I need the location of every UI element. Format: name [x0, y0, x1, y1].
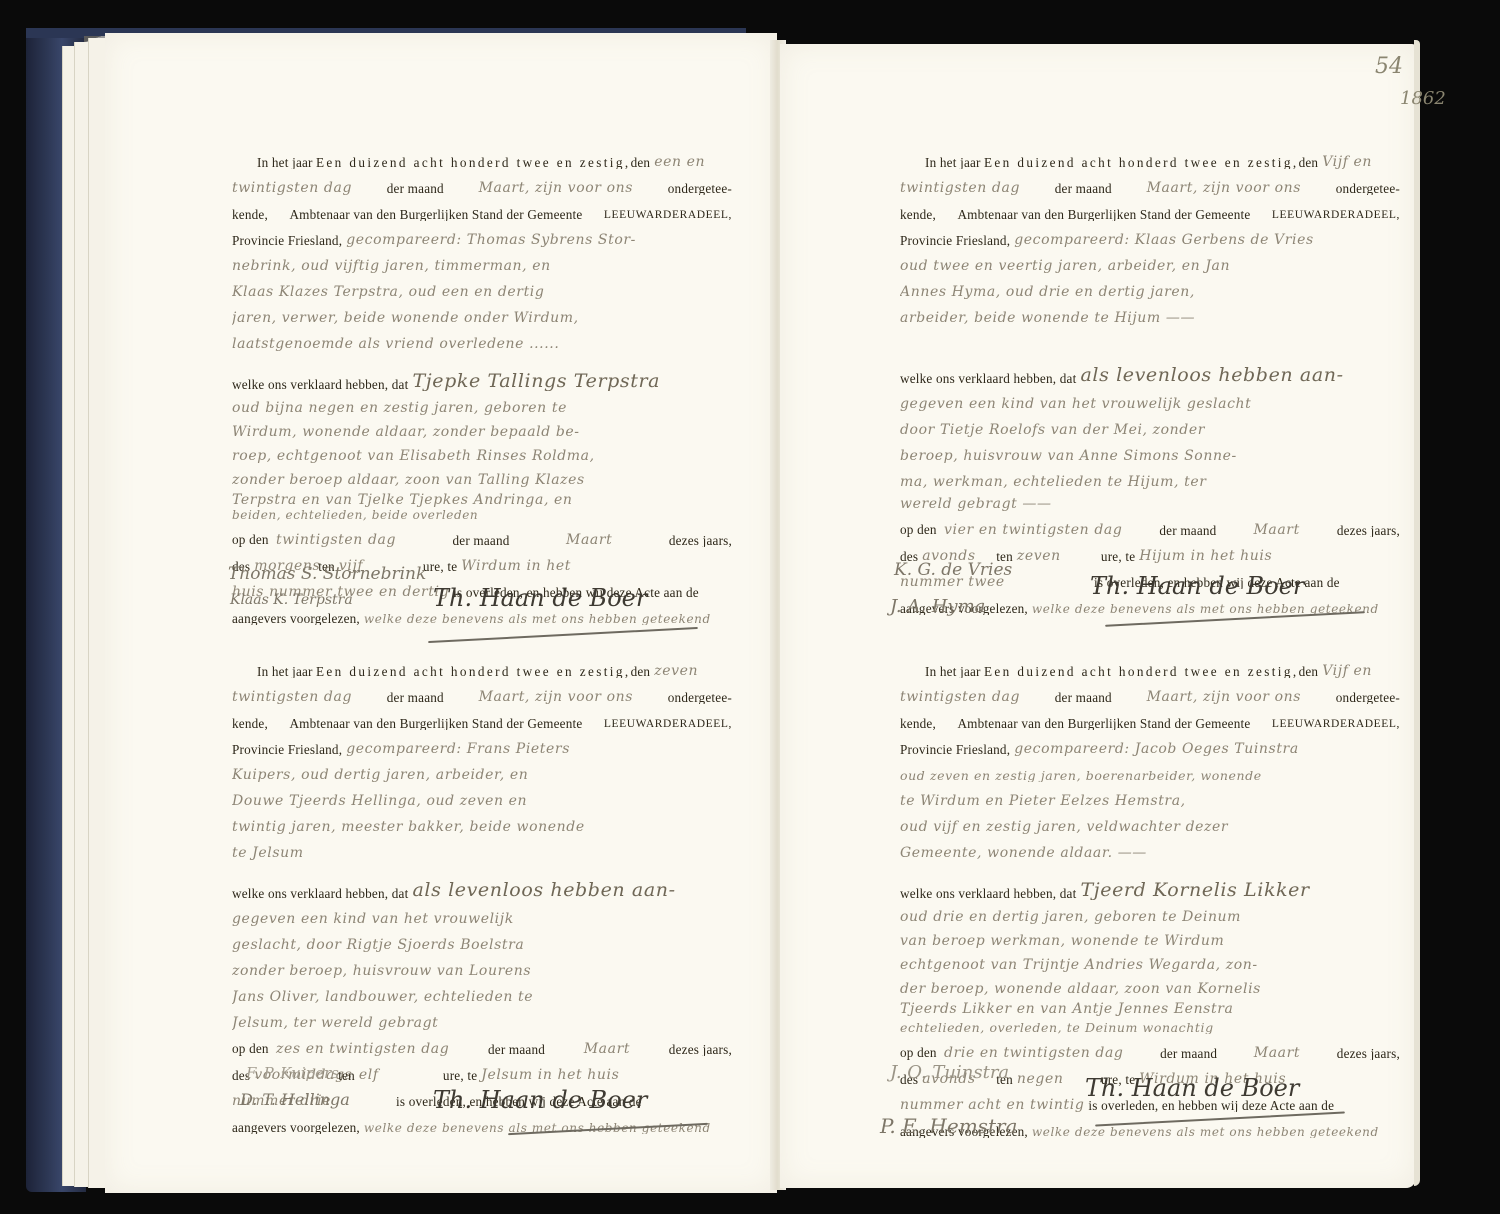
printed-text: ondergetee-	[1336, 182, 1400, 195]
printed-text: welke ons verklaard hebben, dat	[232, 378, 408, 391]
handwritten-comparants: Gemeente, wonende aldaar. ——	[900, 846, 1147, 860]
printed-text: der maand	[452, 534, 509, 547]
printed-text: der maand	[1160, 1047, 1217, 1060]
signature-witness: F. P. Kuipers	[246, 1064, 339, 1082]
death-record-act: In het jaar Een duizend acht honderd twe…	[900, 143, 1400, 615]
handwritten-date: Vijf en	[1322, 155, 1372, 169]
handwritten-comparants: gecompareerd: Thomas Sybrens Stor-	[346, 233, 636, 247]
handwritten-details: Wirdum, wonende aldaar, zonder bepaald b…	[232, 425, 580, 439]
handwritten-comparants: oud twee en veertig jaren, arbeider, en …	[900, 259, 1230, 273]
handwritten-details: roep, echtgenoot van Elisabeth Rinses Ro…	[232, 449, 595, 463]
printed-text: kende,	[232, 208, 268, 221]
handwritten-details: Jans Oliver, landbouwer, echtelieden te	[232, 990, 533, 1004]
handwritten-comparants: twintig jaren, meester bakker, beide won…	[232, 820, 585, 834]
folio-number: 54	[1375, 54, 1403, 79]
printed-text: dezes jaars,	[669, 534, 732, 547]
handwritten-comparants: gecompareerd: Klaas Gerbens de Vries	[1014, 233, 1314, 247]
handwritten-death-day: vier en twintigsten dag	[944, 522, 1122, 537]
municipality: LEEUWARDERADEEL,	[604, 719, 732, 731]
printed-text: der maand	[1055, 691, 1112, 704]
printed-text: den	[631, 156, 651, 169]
handwritten-death-month: Maart	[566, 533, 612, 547]
signature-witness: D. T. Hellinga	[240, 1090, 350, 1109]
handwritten-comparants: Annes Hyma, oud drie en dertig jaren,	[900, 285, 1195, 299]
handwritten-date: twintigsten dag	[232, 181, 352, 195]
printed-text: Provincie Friesland,	[232, 743, 342, 756]
signature-witness: Thomas S. Stornebrink	[228, 564, 426, 584]
printed-text: welke ons verklaard hebben, dat	[900, 372, 1076, 385]
signature-witness: Klaas K. Terpstra	[230, 592, 353, 608]
handwritten-month: Maart, zijn voor ons	[1147, 690, 1301, 704]
handwritten-comparants: arbeider, beide wonende te Hijum ——	[900, 311, 1195, 325]
signature-witness: J. A. Hyma	[890, 596, 985, 617]
printed-text: der maand	[1055, 182, 1112, 195]
printed-text: op den	[900, 522, 937, 537]
printed-text: dezes jaars,	[1337, 1047, 1400, 1060]
signature-official: Th. Haan de Boer	[433, 1086, 647, 1114]
printed-year: Een duizend acht honderd twee en zestig,	[984, 156, 1299, 169]
handwritten-details: echtelieden, overleden, te Deinum wonach…	[900, 1022, 1214, 1035]
printed-text: den	[631, 665, 651, 678]
folio-year: 1862	[1400, 88, 1446, 109]
printed-year: Een duizend acht honderd twee en zestig,	[316, 665, 631, 678]
handwritten-details: geslacht, door Rigtje Sjoerds Boelstra	[232, 938, 524, 952]
handwritten-details: zonder beroep, huisvrouw van Lourens	[232, 964, 531, 978]
printed-text: kende,	[232, 717, 268, 730]
handwritten-details: gegeven een kind van het vrouwelijk gesl…	[900, 397, 1251, 411]
printed-text: Provincie Friesland,	[900, 234, 1010, 247]
handwritten-deceased: Tjeerd Kornelis Likker	[1080, 881, 1309, 900]
printed-text: welke ons verklaard hebben, dat	[232, 887, 408, 900]
death-record-act: In het jaar Een duizend acht honderd twe…	[232, 652, 732, 1134]
printed-text: den	[1299, 665, 1319, 678]
handwritten-death-month: Maart	[584, 1042, 630, 1056]
municipality: LEEUWARDERADEEL,	[604, 210, 732, 222]
handwritten-comparants: laatstgenoemde als vriend overledene ...…	[232, 337, 559, 351]
printed-text: ondergetee-	[1336, 691, 1400, 704]
handwritten-comparants: Klaas Klazes Terpstra, oud een en dertig	[232, 285, 544, 299]
printed-text: op den	[900, 1045, 937, 1060]
printed-year: Een duizend acht honderd twee en zestig,	[984, 665, 1299, 678]
handwritten-date: zeven	[654, 664, 698, 678]
signature-flourish	[428, 627, 698, 643]
handwritten-month: Maart, zijn voor ons	[1147, 181, 1301, 195]
handwritten-details: beiden, echtelieden, beide overleden	[232, 509, 478, 521]
printed-text: der maand	[488, 1043, 545, 1056]
signature-witness: J. O. Tuinstra	[890, 1062, 1009, 1083]
signature-official: Th. Haan de Boer	[1085, 1074, 1299, 1102]
printed-text: Ambtenaar van den Burgerlijken Stand der…	[289, 208, 582, 221]
handwritten-comparants: gecompareerd: Jacob Oeges Tuinstra	[1014, 742, 1299, 756]
signature-witness: P. E. Hemstra	[880, 1114, 1017, 1138]
handwritten-details: van beroep werkman, wonende te Wirdum	[900, 934, 1224, 948]
printed-text: In het jaar	[257, 665, 313, 678]
handwritten-details: der beroep, wonende aldaar, zoon van Kor…	[900, 982, 1261, 996]
printed-text: op den	[232, 1041, 269, 1056]
handwritten-comparants: Douwe Tjeerds Hellinga, oud zeven en	[232, 794, 527, 808]
printed-text: op den	[232, 532, 269, 547]
handwritten-death-day: twintigsten dag	[276, 532, 396, 547]
handwritten-comparants: gecompareerd: Frans Pieters	[346, 742, 570, 756]
handwritten-deceased: Tjepke Tallings Terpstra	[412, 372, 660, 391]
handwritten-details: door Tietje Roelofs van der Mei, zonder	[900, 423, 1205, 437]
handwritten-deceased: als levenloos hebben aan-	[412, 881, 675, 900]
signature-block: J. O. Tuinstra P. E. Hemstra Th. Haan de…	[880, 1060, 1400, 1150]
handwritten-date: twintigsten dag	[900, 181, 1020, 195]
printed-text: ondergetee-	[668, 691, 732, 704]
signature-flourish	[508, 1123, 708, 1135]
handwritten-month: Maart, zijn voor ons	[479, 690, 633, 704]
handwritten-comparants: jaren, verwer, beide wonende onder Wirdu…	[232, 311, 579, 325]
handwritten-comparants: nebrink, oud vijftig jaren, timmerman, e…	[232, 259, 551, 273]
handwritten-date: twintigsten dag	[232, 690, 352, 704]
handwritten-comparants: te Wirdum en Pieter Eelzes Hemstra,	[900, 794, 1186, 808]
handwritten-details: Jelsum, ter wereld gebragt	[232, 1016, 438, 1030]
printed-text: ondergetee-	[668, 182, 732, 195]
handwritten-details: Terpstra en van Tjelke Tjepkes Andringa,…	[232, 493, 573, 507]
printed-text: der maand	[387, 691, 444, 704]
handwritten-comparants: te Jelsum	[232, 846, 304, 860]
death-record-act: In het jaar Een duizend acht honderd twe…	[232, 143, 732, 625]
printed-text: welke ons verklaard hebben, dat	[900, 887, 1076, 900]
municipality: LEEUWARDERADEEL,	[1272, 210, 1400, 222]
printed-text: kende,	[900, 208, 936, 221]
signature-official: Th. Haan de Boer	[1090, 572, 1304, 600]
printed-text: der maand	[387, 182, 444, 195]
handwritten-comparants: oud zeven en zestig jaren, boerenarbeide…	[900, 770, 1262, 783]
printed-text: kende,	[900, 717, 936, 730]
handwritten-details: ma, werkman, echtelieden te Hijum, ter	[900, 475, 1207, 489]
right-page-edge	[1414, 40, 1420, 1186]
handwritten-deceased: als levenloos hebben aan-	[1080, 366, 1343, 385]
handwritten-details: zonder beroep aldaar, zoon van Talling K…	[232, 473, 585, 487]
handwritten-details: wereld gebragt ——	[900, 497, 1052, 511]
handwritten-details: gegeven een kind van het vrouwelijk	[232, 912, 514, 926]
signature-official: Th. Haan de Boer	[433, 584, 647, 612]
signature-flourish	[1105, 611, 1365, 627]
handwritten-date: twintigsten dag	[900, 690, 1020, 704]
signature-block: F. P. Kuipers D. T. Hellinga Th. Haan de…	[228, 1064, 748, 1154]
printed-text: der maand	[1159, 524, 1216, 537]
handwritten-month: Maart, zijn voor ons	[479, 181, 633, 195]
handwritten-comparants: oud vijf en zestig jaren, veldwachter de…	[900, 820, 1228, 834]
printed-text: Ambtenaar van den Burgerlijken Stand der…	[957, 717, 1250, 730]
handwritten-details: beroep, huisvrouw van Anne Simons Sonne-	[900, 449, 1237, 463]
handwritten-details: oud drie en dertig jaren, geboren te Dei…	[900, 910, 1241, 924]
handwritten-date: een en	[654, 155, 705, 169]
signature-block: Thomas S. Stornebrink Klaas K. Terpstra …	[228, 558, 748, 648]
printed-text: Provincie Friesland,	[232, 234, 342, 247]
handwritten-details: echtgenoot van Trijntje Andries Wegarda,…	[900, 958, 1258, 972]
handwritten-details: Tjeerds Likker en van Antje Jennes Eenst…	[900, 1002, 1233, 1016]
municipality: LEEUWARDERADEEL,	[1272, 719, 1400, 731]
printed-text: dezes jaars,	[1337, 524, 1400, 537]
printed-text: Ambtenaar van den Burgerlijken Stand der…	[289, 717, 582, 730]
handwritten-death-month: Maart	[1253, 523, 1299, 537]
handwritten-details: oud bijna negen en zestig jaren, geboren…	[232, 401, 567, 415]
handwritten-death-month: Maart	[1254, 1046, 1300, 1060]
handwritten-comparants: Kuipers, oud dertig jaren, arbeider, en	[232, 768, 528, 782]
signature-block: K. G. de Vries J. A. Hyma Th. Haan de Bo…	[890, 552, 1410, 642]
handwritten-death-day: drie en twintigsten dag	[944, 1045, 1123, 1060]
printed-text: In het jaar	[925, 156, 981, 169]
printed-text: In het jaar	[257, 156, 313, 169]
printed-text: dezes jaars,	[669, 1043, 732, 1056]
signature-flourish	[1095, 1111, 1345, 1126]
handwritten-death-day: zes en twintigsten dag	[276, 1041, 449, 1056]
printed-text: In het jaar	[925, 665, 981, 678]
handwritten-date: Vijf en	[1322, 664, 1372, 678]
printed-text: den	[1299, 156, 1319, 169]
printed-text: Ambtenaar van den Burgerlijken Stand der…	[957, 208, 1250, 221]
printed-year: Een duizend acht honderd twee en zestig,	[316, 156, 631, 169]
printed-text: Provincie Friesland,	[900, 743, 1010, 756]
signature-witness: K. G. de Vries	[894, 560, 1012, 580]
